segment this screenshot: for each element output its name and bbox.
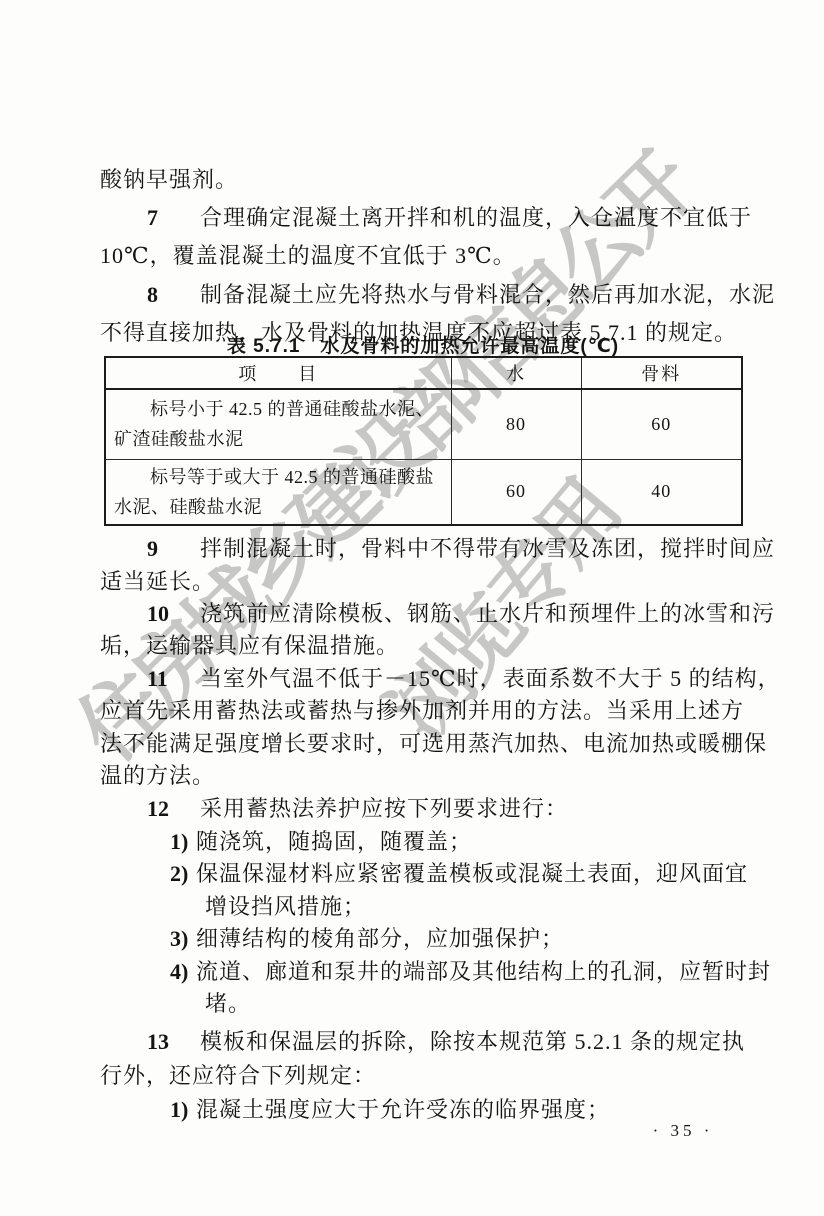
heating-max-temperature-table: 项 目 水 骨料 标号小于 42.5 的普通硅酸盐水泥、矿渣硅酸盐水泥 80 6… [104,356,743,526]
document-page: 住房城乡建设部信息公开 浏览专用 酸钠早强剂。 7合理确定混凝土离开拌和机的温度… [0,0,824,1216]
table-cell-water: 80 [451,389,581,459]
paragraph-line: 堵。 [0,990,824,1022]
table-cell-aggregate: 40 [581,459,742,525]
subitem-4-line: 4)流道、廊道和泵井的端部及其他结构上的孔洞，应暂时封 [0,958,824,990]
table-cell-item: 标号小于 42.5 的普通硅酸盐水泥、矿渣硅酸盐水泥 [105,389,451,459]
clause-11-line: 11当室外气温不低于－15℃时，表面系数不大于 5 的结构， [0,665,824,697]
clause-10-line: 10浇筑前应清除模板、钢筋、止水片和预埋件上的冰雪和污 [0,600,824,632]
subitem-2-line: 2)保温保湿材料应紧密覆盖模板或混凝土表面，迎风面宜 [0,860,824,892]
paragraph-line: 垢，运输器具应有保温措施。 [0,632,824,664]
table-header-aggregate: 骨料 [581,357,742,389]
paragraph-line: 法不能满足强度增长要求时，可选用蒸汽加热、电流加热或暖棚保 [0,730,824,762]
paragraph-line: 温的方法。 [0,762,824,794]
table-row: 标号小于 42.5 的普通硅酸盐水泥、矿渣硅酸盐水泥 80 60 [105,389,742,459]
table-header-water: 水 [451,357,581,389]
table-row: 标号等于或大于 42.5 的普通硅酸盐水泥、硅酸盐水泥 60 40 [105,459,742,525]
table-header-item: 项 目 [105,357,451,389]
table-header-row: 项 目 水 骨料 [105,357,742,389]
clause-8-line: 8制备混凝土应先将热水与骨料混合，然后再加水泥，水泥 [0,281,824,313]
page-number: · 35 · [628,1121,738,1141]
table-cell-water: 60 [451,459,581,525]
paragraph-line: 增设挡风措施； [0,893,824,925]
subitem-3-line: 3)细薄结构的棱角部分，应加强保护； [0,925,824,957]
table-cell-item: 标号等于或大于 42.5 的普通硅酸盐水泥、硅酸盐水泥 [105,459,451,525]
page-content: 酸钠早强剂。 7合理确定混凝土离开拌和机的温度，入仓温度不宜低于 10℃，覆盖混… [0,0,824,1216]
clause-13-line: 13模板和保温层的拆除，除按本规范第 5.2.1 条的规定执 [0,1028,824,1060]
paragraph-line: 酸钠早强剂。 [0,166,824,198]
paragraph-line: 行外，还应符合下列规定： [0,1062,824,1094]
clause-12-line: 12采用蓄热法养护应按下列要求进行： [0,795,824,827]
clause-9-line: 9拌制混凝土时，骨料中不得带有冰雪及冻团，搅拌时间应 [0,535,824,567]
subitem-1-line: 1)随浇筑，随捣固，随覆盖； [0,828,824,860]
paragraph-line: 10℃，覆盖混凝土的温度不宜低于 3℃。 [0,242,824,274]
table-caption: 表 5.7.1 水及骨料的加热允许最高温度(℃) [105,336,741,358]
paragraph-line: 适当延长。 [0,568,824,600]
table-cell-aggregate: 60 [581,389,742,459]
clause-7-line: 7合理确定混凝土离开拌和机的温度，入仓温度不宜低于 [0,204,824,236]
paragraph-line: 应首先采用蓄热法或蓄热与掺外加剂并用的方法。当采用上述方 [0,697,824,729]
